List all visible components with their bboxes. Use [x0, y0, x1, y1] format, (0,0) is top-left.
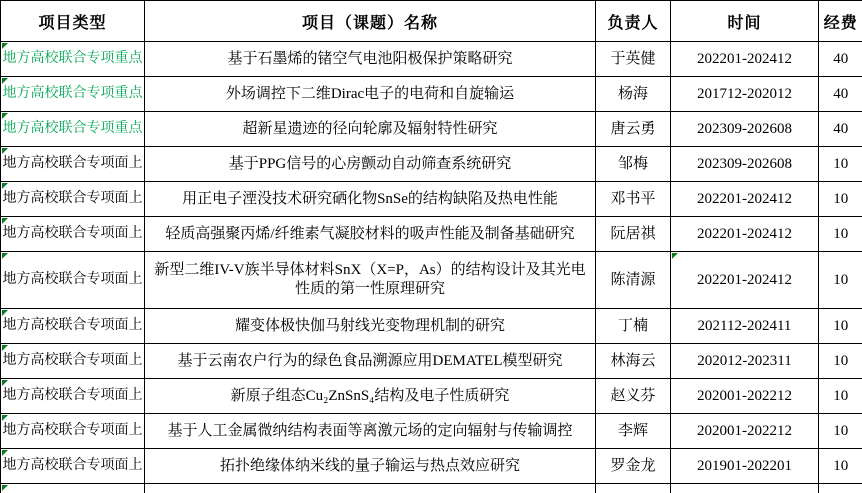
table-row: 地方高校联合专项重点基于石墨烯的锗空气电池阳极保护策略研究于英健202201-2…	[1, 42, 862, 77]
header-leader[interactable]: 负责人	[596, 1, 671, 42]
cell-leader[interactable]: 阮居祺	[596, 217, 671, 252]
cell-text: 地方高校联合专项面上	[3, 272, 143, 287]
cell-leader[interactable]: 赵义芬	[596, 379, 671, 414]
cell-error-indicator-icon	[2, 485, 8, 491]
spreadsheet-view: 项目类型 项目（课题）名称 负责人 时间 经费 地方高校联合专项重点基于石墨烯的…	[0, 0, 862, 493]
cell-funding[interactable]: 40	[819, 112, 862, 147]
cell-project-title[interactable]: 基于人工金属微纳结构表面等离激元场的定向辐射与传输调控	[145, 414, 596, 449]
cell-error-indicator-icon	[2, 78, 8, 84]
cell-text: 地方高校联合专项重点	[3, 121, 143, 136]
cell-text: 201712-202012	[697, 86, 792, 102]
table-row: 地方高校联合专项面上基于PPG信号的心房颤动自动筛查系统研究邹梅202309-2…	[1, 147, 862, 182]
cell-project-title[interactable]: 用正电子湮没技术研究硒化物SnSe的结构缺陷及热电性能	[145, 182, 596, 217]
cell-funding[interactable]: 10	[819, 147, 862, 182]
cell-project-type[interactable]: 地方高校联合专项重点	[1, 42, 145, 77]
cell-text: 202309-202608	[697, 156, 792, 172]
cell-text: 基于云南农户行为的绿色食品溯源应用DEMATEL模型研究	[178, 353, 563, 369]
cell-text: 邹梅	[618, 156, 648, 172]
cell-error-indicator-icon	[2, 183, 8, 189]
table-row: 地方高校联合专项重点外场调控下二维Dirac电子的电荷和自旋输运杨海201712…	[1, 77, 862, 112]
table-body: 地方高校联合专项重点基于石墨烯的锗空气电池阳极保护策略研究于英健202201-2…	[1, 42, 862, 493]
cell-leader[interactable]: 林海云	[596, 344, 671, 379]
cell-funding[interactable]: 10	[819, 379, 862, 414]
cell-error-indicator-icon	[2, 450, 8, 456]
cell-leader[interactable]: 陈清源	[596, 252, 671, 309]
cell-leader[interactable]: 杨海	[596, 77, 671, 112]
cell-text: 赵义芬	[610, 388, 655, 404]
cell-text: 地方高校联合专项面上	[3, 458, 143, 473]
cell-text: 202001-202212	[697, 388, 792, 404]
cell-project-type[interactable]: 地方高校联合专项重点	[1, 77, 145, 112]
cell-text: 10	[833, 353, 848, 369]
cell-leader[interactable]: 于英健	[596, 42, 671, 77]
header-funding[interactable]: 经费	[819, 1, 862, 42]
cell-period[interactable]: 202309-202608	[671, 147, 819, 182]
cell-text: 唐云勇	[610, 121, 655, 137]
cell-period[interactable]: 202201-202412	[671, 217, 819, 252]
table-row: 地方高校联合专项面上拓扑绝缘体纳米线的量子输运与热点效应研究罗金龙201901-…	[1, 449, 862, 484]
cell-project-type[interactable]: 地方高校联合专项面上	[1, 252, 145, 309]
cell-error-indicator-icon	[2, 380, 8, 386]
cell-funding[interactable]: 10	[819, 449, 862, 484]
cell-funding[interactable]: 10	[819, 252, 862, 309]
cell-text: 丁楠	[618, 318, 648, 334]
cell-text: 10	[833, 156, 848, 172]
header-project-type[interactable]: 项目类型	[1, 1, 145, 42]
cell-project-title[interactable]: 基于PPG信号的心房颤动自动筛查系统研究	[145, 147, 596, 182]
cell-text: 地方高校联合专项面上	[3, 353, 143, 368]
cell-text: 用正电子湮没技术研究硒化物SnSe的结构缺陷及热电性能	[182, 191, 558, 207]
cell-text: 罗金龙	[610, 458, 655, 474]
cell-text: 10	[833, 423, 848, 439]
cell-period[interactable]: 202201-202412	[671, 42, 819, 77]
cell-empty[interactable]	[1, 484, 145, 493]
cell-empty[interactable]	[145, 484, 596, 493]
header-row: 项目类型 项目（课题）名称 负责人 时间 经费	[1, 1, 862, 42]
cell-text: 拓扑绝缘体纳米线的量子输运与热点效应研究	[220, 458, 520, 474]
cell-text: 杨海	[618, 86, 648, 102]
cell-project-type[interactable]: 地方高校联合专项面上	[1, 309, 145, 344]
cell-project-type[interactable]: 地方高校联合专项面上	[1, 414, 145, 449]
cell-text: 202309-202608	[697, 121, 792, 137]
cell-text: 林海云	[610, 353, 655, 369]
cell-text: 10	[833, 226, 848, 242]
projects-table: 项目类型 项目（课题）名称 负责人 时间 经费 地方高校联合专项重点基于石墨烯的…	[0, 0, 862, 493]
cell-project-type[interactable]: 地方高校联合专项面上	[1, 217, 145, 252]
cell-text: 于英健	[610, 51, 655, 67]
cell-empty[interactable]	[596, 484, 671, 493]
cell-error-indicator-icon	[2, 310, 8, 316]
cell-error-indicator-icon	[2, 415, 8, 421]
cell-text: 外场调控下二维Dirac电子的电荷和自旋输运	[226, 86, 514, 102]
cell-project-type[interactable]: 地方高校联合专项面上	[1, 182, 145, 217]
cell-project-type[interactable]: 地方高校联合专项面上	[1, 449, 145, 484]
table-row: 地方高校联合专项面上轻质高强聚丙烯/纤维素气凝胶材料的吸声性能及制备基础研究阮居…	[1, 217, 862, 252]
cell-text: 轻质高强聚丙烯/纤维素气凝胶材料的吸声性能及制备基础研究	[165, 226, 574, 242]
cell-leader[interactable]: 丁楠	[596, 309, 671, 344]
cell-error-indicator-icon	[2, 345, 8, 351]
cell-project-type[interactable]: 地方高校联合专项面上	[1, 344, 145, 379]
cell-text: 地方高校联合专项面上	[3, 318, 143, 333]
table-row: 地方高校联合专项面上基于人工金属微纳结构表面等离激元场的定向辐射与传输调控李辉2…	[1, 414, 862, 449]
cell-text: 阮居祺	[610, 226, 655, 242]
table-row: 地方高校联合专项面上用正电子湮没技术研究硒化物SnSe的结构缺陷及热电性能邓书平…	[1, 182, 862, 217]
cell-error-indicator-icon	[672, 253, 678, 259]
cell-funding[interactable]: 10	[819, 182, 862, 217]
cell-project-title[interactable]: 超新星遗迹的径向轮廓及辐射特性研究	[145, 112, 596, 147]
cell-text: 新型二维IV-V族半导体材料SnX（X=P，As）的结构设计及其光电 性质的第一…	[154, 262, 585, 297]
cell-text: 10	[833, 388, 848, 404]
cell-funding[interactable]: 10	[819, 217, 862, 252]
cell-text: 202001-202212	[697, 423, 792, 439]
table-row: 地方高校联合专项面上新型二维IV-V族半导体材料SnX（X=P，As）的结构设计…	[1, 252, 862, 309]
cell-funding[interactable]: 10	[819, 344, 862, 379]
cell-text: 地方高校联合专项面上	[3, 191, 143, 206]
cell-text: 10	[833, 458, 848, 474]
cell-funding[interactable]: 40	[819, 42, 862, 77]
cell-project-title[interactable]: 基于石墨烯的锗空气电池阳极保护策略研究	[145, 42, 596, 77]
cell-leader[interactable]: 唐云勇	[596, 112, 671, 147]
table-row-partial	[1, 484, 862, 493]
cell-error-indicator-icon	[2, 113, 8, 119]
header-project-title[interactable]: 项目（课题）名称	[145, 1, 596, 42]
cell-text: 李辉	[618, 423, 648, 439]
header-period[interactable]: 时间	[671, 1, 819, 42]
cell-text: 超新星遗迹的径向轮廓及辐射特性研究	[242, 121, 497, 137]
cell-project-title[interactable]: 基于云南农户行为的绿色食品溯源应用DEMATEL模型研究	[145, 344, 596, 379]
cell-error-indicator-icon	[2, 218, 8, 224]
cell-period[interactable]: 202001-202212	[671, 414, 819, 449]
cell-project-title[interactable]: 外场调控下二维Dirac电子的电荷和自旋输运	[145, 77, 596, 112]
cell-text: 202201-202412	[697, 51, 792, 67]
table-row: 地方高校联合专项面上基于云南农户行为的绿色食品溯源应用DEMATEL模型研究林海…	[1, 344, 862, 379]
cell-funding[interactable]: 10	[819, 414, 862, 449]
cell-text: 10	[833, 318, 848, 334]
cell-text: 地方高校联合专项面上	[3, 388, 143, 403]
cell-project-title[interactable]: 耀变体极快伽马射线光变物理机制的研究	[145, 309, 596, 344]
cell-leader[interactable]: 邓书平	[596, 182, 671, 217]
cell-text: 地方高校联合专项面上	[3, 423, 143, 438]
table-header: 项目类型 项目（课题）名称 负责人 时间 经费	[1, 1, 862, 42]
cell-project-type[interactable]: 地方高校联合专项重点	[1, 112, 145, 147]
cell-project-type[interactable]: 地方高校联合专项面上	[1, 147, 145, 182]
cell-project-title[interactable]: 新原子组态Cu₂ZnSnS₄结构及电子性质研究	[145, 379, 596, 414]
cell-text: 201901-202201	[697, 458, 792, 474]
cell-text: 40	[833, 86, 848, 102]
cell-text: 10	[833, 191, 848, 207]
cell-error-indicator-icon	[2, 253, 8, 259]
cell-text: 202201-202412	[697, 272, 792, 288]
cell-text: 202201-202412	[697, 226, 792, 242]
cell-text: 地方高校联合专项重点	[3, 86, 143, 101]
cell-text: 新原子组态Cu₂ZnSnS₄结构及电子性质研究	[231, 388, 510, 404]
cell-empty[interactable]	[671, 484, 819, 493]
cell-project-title[interactable]: 轻质高强聚丙烯/纤维素气凝胶材料的吸声性能及制备基础研究	[145, 217, 596, 252]
cell-text: 40	[833, 121, 848, 137]
cell-text: 202112-202411	[698, 318, 792, 334]
cell-period[interactable]: 201712-202012	[671, 77, 819, 112]
cell-period[interactable]: 201901-202201	[671, 449, 819, 484]
cell-text: 基于PPG信号的心房颤动自动筛查系统研究	[229, 156, 512, 172]
cell-text: 地方高校联合专项面上	[3, 156, 143, 171]
cell-text: 基于人工金属微纳结构表面等离激元场的定向辐射与传输调控	[167, 423, 572, 439]
cell-text: 地方高校联合专项重点	[3, 51, 143, 66]
cell-text: 基于石墨烯的锗空气电池阳极保护策略研究	[227, 51, 512, 67]
table-row: 地方高校联合专项重点超新星遗迹的径向轮廓及辐射特性研究唐云勇202309-202…	[1, 112, 862, 147]
cell-period[interactable]: 202001-202212	[671, 379, 819, 414]
cell-error-indicator-icon	[2, 43, 8, 49]
table-row: 地方高校联合专项面上耀变体极快伽马射线光变物理机制的研究丁楠202112-202…	[1, 309, 862, 344]
cell-funding[interactable]: 40	[819, 77, 862, 112]
cell-text: 202012-202311	[697, 353, 791, 369]
cell-period[interactable]: 202112-202411	[671, 309, 819, 344]
cell-funding[interactable]: 10	[819, 309, 862, 344]
cell-period[interactable]: 202201-202412	[671, 252, 819, 309]
cell-text: 202201-202412	[697, 191, 792, 207]
cell-period[interactable]: 202309-202608	[671, 112, 819, 147]
cell-empty[interactable]	[819, 484, 862, 493]
cell-text: 陈清源	[610, 272, 655, 288]
table-row: 地方高校联合专项面上新原子组态Cu₂ZnSnS₄结构及电子性质研究赵义芬2020…	[1, 379, 862, 414]
cell-leader[interactable]: 李辉	[596, 414, 671, 449]
cell-leader[interactable]: 罗金龙	[596, 449, 671, 484]
cell-project-type[interactable]: 地方高校联合专项面上	[1, 379, 145, 414]
cell-text: 地方高校联合专项面上	[3, 226, 143, 241]
cell-period[interactable]: 202012-202311	[671, 344, 819, 379]
cell-error-indicator-icon	[2, 148, 8, 154]
cell-period[interactable]: 202201-202412	[671, 182, 819, 217]
cell-project-title[interactable]: 拓扑绝缘体纳米线的量子输运与热点效应研究	[145, 449, 596, 484]
cell-text: 邓书平	[610, 191, 655, 207]
cell-text: 耀变体极快伽马射线光变物理机制的研究	[235, 318, 505, 334]
cell-text: 10	[833, 272, 848, 288]
cell-text: 40	[833, 51, 848, 67]
cell-leader[interactable]: 邹梅	[596, 147, 671, 182]
cell-project-title[interactable]: 新型二维IV-V族半导体材料SnX（X=P，As）的结构设计及其光电 性质的第一…	[145, 252, 596, 309]
